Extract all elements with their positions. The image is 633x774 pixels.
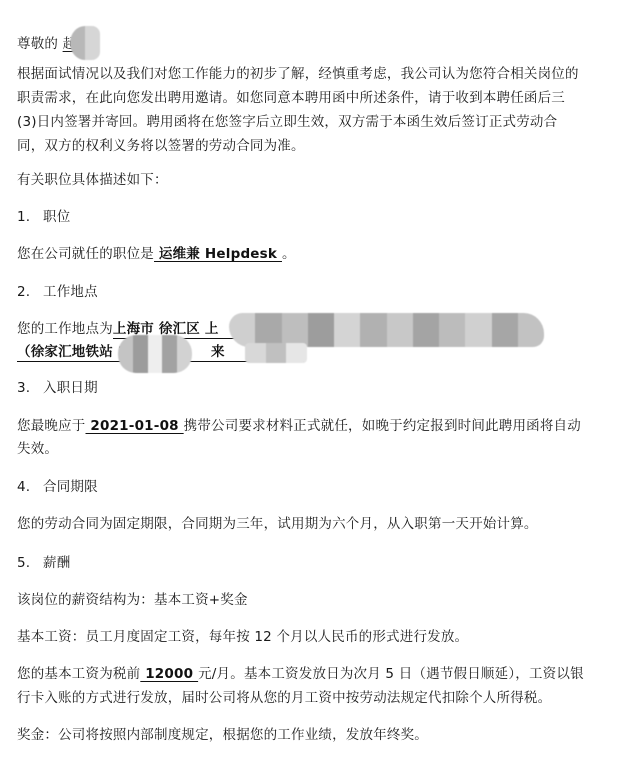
start-date-line-2: 失效。 (17, 439, 58, 459)
section-title: 入职日期 (43, 380, 98, 396)
redaction-blur-address-2 (118, 335, 192, 373)
intro-line-1: 根据面试情况以及我们对您工作能力的初步了解，经慎重考虑，我公司认为您符合相关岗位… (17, 64, 579, 84)
section-heading-contract-term: 4.合同期限 (17, 477, 98, 497)
position-line: 您在公司就任的职位是 运维兼 Helpdesk 。 (17, 244, 296, 264)
redaction-blur-address-1 (229, 313, 544, 347)
section-title: 合同期限 (43, 479, 98, 495)
section-number: 5. (17, 553, 43, 573)
redaction-blur-address-3 (245, 343, 307, 363)
section-number: 4. (17, 477, 43, 497)
start-date-line-1: 您最晚应于 2021-01-08 携带公司要求材料正式就任，如晚于约定报到时间此… (17, 416, 581, 436)
bonus-text: 奖金：公司将按照内部制度规定，根据您的工作业绩，发放年终奖。 (17, 725, 428, 745)
start-date-value: 2021-01-08 (86, 418, 184, 434)
section-heading-location: 2.工作地点 (17, 282, 98, 302)
start-date-prefix: 您最晚应于 (17, 418, 86, 434)
section-number: 1. (17, 207, 43, 227)
location-visible-part-2: （徐家汇地铁站 1 (17, 344, 127, 360)
position-suffix: 。 (282, 246, 296, 262)
salary-line-1: 您的基本工资为税前 12000 元/月。基本工资发放日为次月 5 日（遇节假日顺… (17, 664, 584, 684)
greeting-prefix: 尊敬的 (17, 36, 58, 52)
salary-line-2: 行卡入账的方式进行发放，届时公司将从您的月工资中按劳动法规定代扣除个人所得税。 (17, 688, 551, 708)
section-heading-start-date: 3.入职日期 (17, 378, 98, 398)
salary-prefix: 您的基本工资为税前 (17, 666, 140, 682)
location-tail-char: 来 (211, 343, 225, 361)
section-heading-salary: 5.薪酬 (17, 553, 70, 573)
position-prefix: 您在公司就任的职位是 (17, 246, 154, 262)
section-heading-position: 1.职位 (17, 207, 70, 227)
salary-value: 12000 (140, 666, 198, 682)
intro-line-2: 职责需求，在此向您发出聘用邀请。如您同意本聘用函中所述条件，请于收到本聘任函后三 (17, 88, 565, 108)
section-title: 职位 (43, 209, 70, 225)
greeting: 尊敬的 起 (17, 34, 76, 54)
salary-suffix: 元/月。基本工资发放日为次月 5 日（遇节假日顺延），工资以银 (198, 666, 584, 682)
location-prefix: 您的工作地点为 (17, 321, 113, 337)
positions-intro: 有关职位具体描述如下： (17, 170, 168, 190)
salary-structure: 该岗位的薪资结构为：基本工资+奖金 (17, 590, 248, 610)
section-title: 薪酬 (43, 555, 70, 571)
contract-term-text: 您的劳动合同为固定期限，合同期为三年，试用期为六个月，从入职第一天开始计算。 (17, 514, 538, 534)
section-number: 2. (17, 282, 43, 302)
position-value: 运维兼 Helpdesk (154, 246, 282, 262)
redaction-blur-name (70, 26, 100, 60)
intro-line-3: (3)日内签署并寄回。聘用函将在您签字后立即生效，双方需于本函生效后签订正式劳动… (17, 112, 557, 132)
intro-line-4: 同，双方的权利义务将以签署的劳动合同为准。 (17, 136, 305, 156)
start-date-suffix: 携带公司要求材料正式就任，如晚于约定报到时间此聘用函将自动 (184, 418, 581, 434)
section-number: 3. (17, 378, 43, 398)
section-title: 工作地点 (43, 284, 98, 300)
base-salary-description: 基本工资：员工月度固定工资，每年按 12 个月以人民币的形式进行发放。 (17, 627, 468, 647)
